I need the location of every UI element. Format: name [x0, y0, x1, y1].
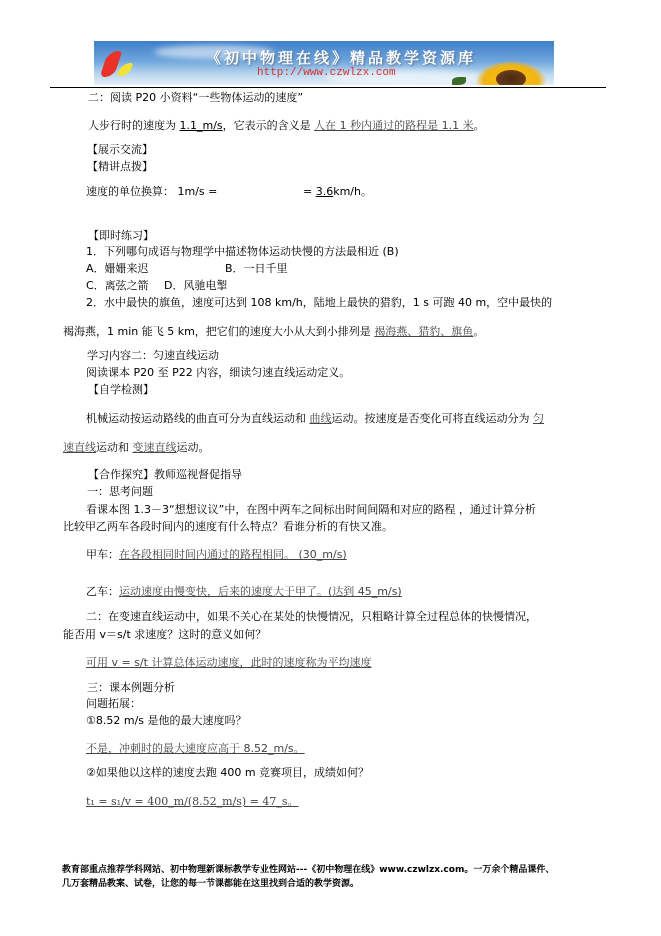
- car-a-label: 甲车：: [86, 548, 119, 561]
- unit-value-answer: 3.6: [316, 185, 334, 198]
- uniform-answer-part-1: 匀: [533, 412, 544, 425]
- question-1-option-d: D．风驰电掣: [164, 279, 227, 293]
- practice-heading: 【即时练习】: [88, 229, 154, 243]
- mechanical-motion-line-2: 速直线运动和 变速直线运动。: [63, 441, 210, 455]
- section-heading-reading: 二：阅读 P20 小资料“一些物体运动的速度”: [88, 91, 303, 105]
- sunflower-icon: [476, 61, 546, 85]
- variable-motion-question-line-1: 二：在变速直线运动中，如果不关心在某处的快慢情况，只粗略计算全过程总体的快慢情况…: [86, 610, 537, 624]
- walk-meaning-answer: 人在 1 秒内通过的路程是 1.1 米: [314, 119, 473, 132]
- cooperative-inquiry-heading: 【合作探究】教师巡视督促指导: [88, 468, 242, 482]
- unit-conversion: 速度的单位换算： 1m/s =: [86, 185, 217, 199]
- extension-question-2: ②如果他以这样的速度去跑 400 m 竞赛项目，成绩如何？: [86, 766, 369, 780]
- reading-instruction: 阅读课本 P20 至 P22 内容，细读匀速直线运动定义。: [86, 366, 350, 380]
- think-heading: 一：思考问题: [87, 485, 153, 499]
- extension-question-1: ①8.52 m/s 是他的最大速度吗？: [86, 714, 247, 728]
- question-1-option-c: C．离弦之箭: [86, 279, 149, 293]
- figure-question-line-1: 看课本图 1.3－3“想想议议”中，在图中两车之间标出时间间隔和对应的路程 ，通…: [86, 503, 536, 517]
- car-a-answer: 在各段相同时间内通过的路程相同。 (30_m/s): [119, 548, 347, 561]
- car-b-label: 乙车：: [86, 585, 119, 598]
- variable-answer: 变速直线: [133, 441, 177, 454]
- question-2-line-2: 褐海燕，1 min 能飞 5 km，把它们的速度大小从大到小排列是 褐海燕、猎豹…: [63, 325, 484, 339]
- mechanical-motion-line-1: 机械运动按运动路线的曲直可分为直线运动和 曲线运动。按速度是否变化可将直线运动分…: [86, 412, 544, 426]
- average-speed-answer: 可用 v = s/t 计算总体运动速度，此时的速度称为平均速度: [86, 656, 371, 670]
- figure-question-line-2: 比较甲乙两车各段时间内的速度有什么特点？看谁分析的有快又准。: [63, 520, 393, 534]
- section-heading-uniform-motion: 学习内容二：匀速直线运动: [87, 349, 219, 363]
- car-a-row: 甲车：在各段相同时间内通过的路程相同。 (30_m/s): [86, 548, 347, 562]
- uniform-answer-part-2: 速直线: [63, 441, 96, 454]
- footer-line-2: 几万套精品教案、试卷，让您的每一节课都能在这里找到合适的教学资源。: [62, 878, 359, 890]
- self-check-heading: 【自学检测】: [88, 383, 154, 397]
- header-rule: [50, 87, 606, 88]
- extension-answer-1: 不是，冲刺时的最大速度应高于 8.52_m/s。: [86, 742, 305, 756]
- leaf-decoration: [452, 77, 466, 85]
- question-1-option-a: A．姗姗来迟: [86, 262, 149, 276]
- walking-speed-paragraph: 人步行时的速度为 1.1_m/s，它表示的含义是 人在 1 秒内通过的路程是 1…: [88, 119, 485, 133]
- question-1-option-b: B．一日千里: [225, 262, 288, 276]
- show-exchange-heading: 【展示交流】: [87, 143, 153, 157]
- car-b-row: 乙车：运动速度由慢变快，后来的速度大于甲了。(达到 45_m/s): [86, 585, 402, 599]
- header-banner: 《初中物理在线》精品教学资源库 http://www.czwlzx.com: [94, 41, 554, 85]
- extension-heading: 问题拓展：: [86, 697, 141, 711]
- question-2-line-1: 2．水中最快的旗鱼，速度可达到 108 km/h，陆地上最快的猎豹，1 s 可跑…: [86, 296, 552, 310]
- banner-url: http://www.czwlzx.com: [257, 67, 396, 79]
- footer-line-1: 教育部重点推荐学科网站、初中物理新课标教学专业性网站---《初中物理在线》www…: [62, 864, 554, 876]
- banner-title: 《初中物理在线》精品教学资源库: [206, 47, 476, 68]
- question-2-answer: 褐海燕、猎豹、旗鱼: [374, 325, 473, 338]
- curve-answer: 曲线: [310, 412, 332, 425]
- car-b-answer: 运动速度由慢变快，后来的速度大于甲了。(达到 45_m/s): [119, 585, 402, 598]
- question-1: 1．下列哪句成语与物理学中描述物体运动快慢的方法最相近 (B): [86, 245, 399, 259]
- section-heading-examples: 三：课本例题分析: [87, 681, 175, 695]
- explain-heading: 【精讲点拨】: [87, 160, 153, 174]
- walk-speed-answer: 1.1_m/s: [180, 119, 223, 132]
- unit-conversion-answer: = 3.6km/h。: [303, 185, 372, 199]
- extension-answer-2: t₁ = s₁/v = 400_m/(8.52_m/s) = 47_s。: [86, 795, 299, 809]
- variable-motion-question-line-2: 能否用 v＝s/t 求速度？这时的意义如何？: [63, 628, 266, 642]
